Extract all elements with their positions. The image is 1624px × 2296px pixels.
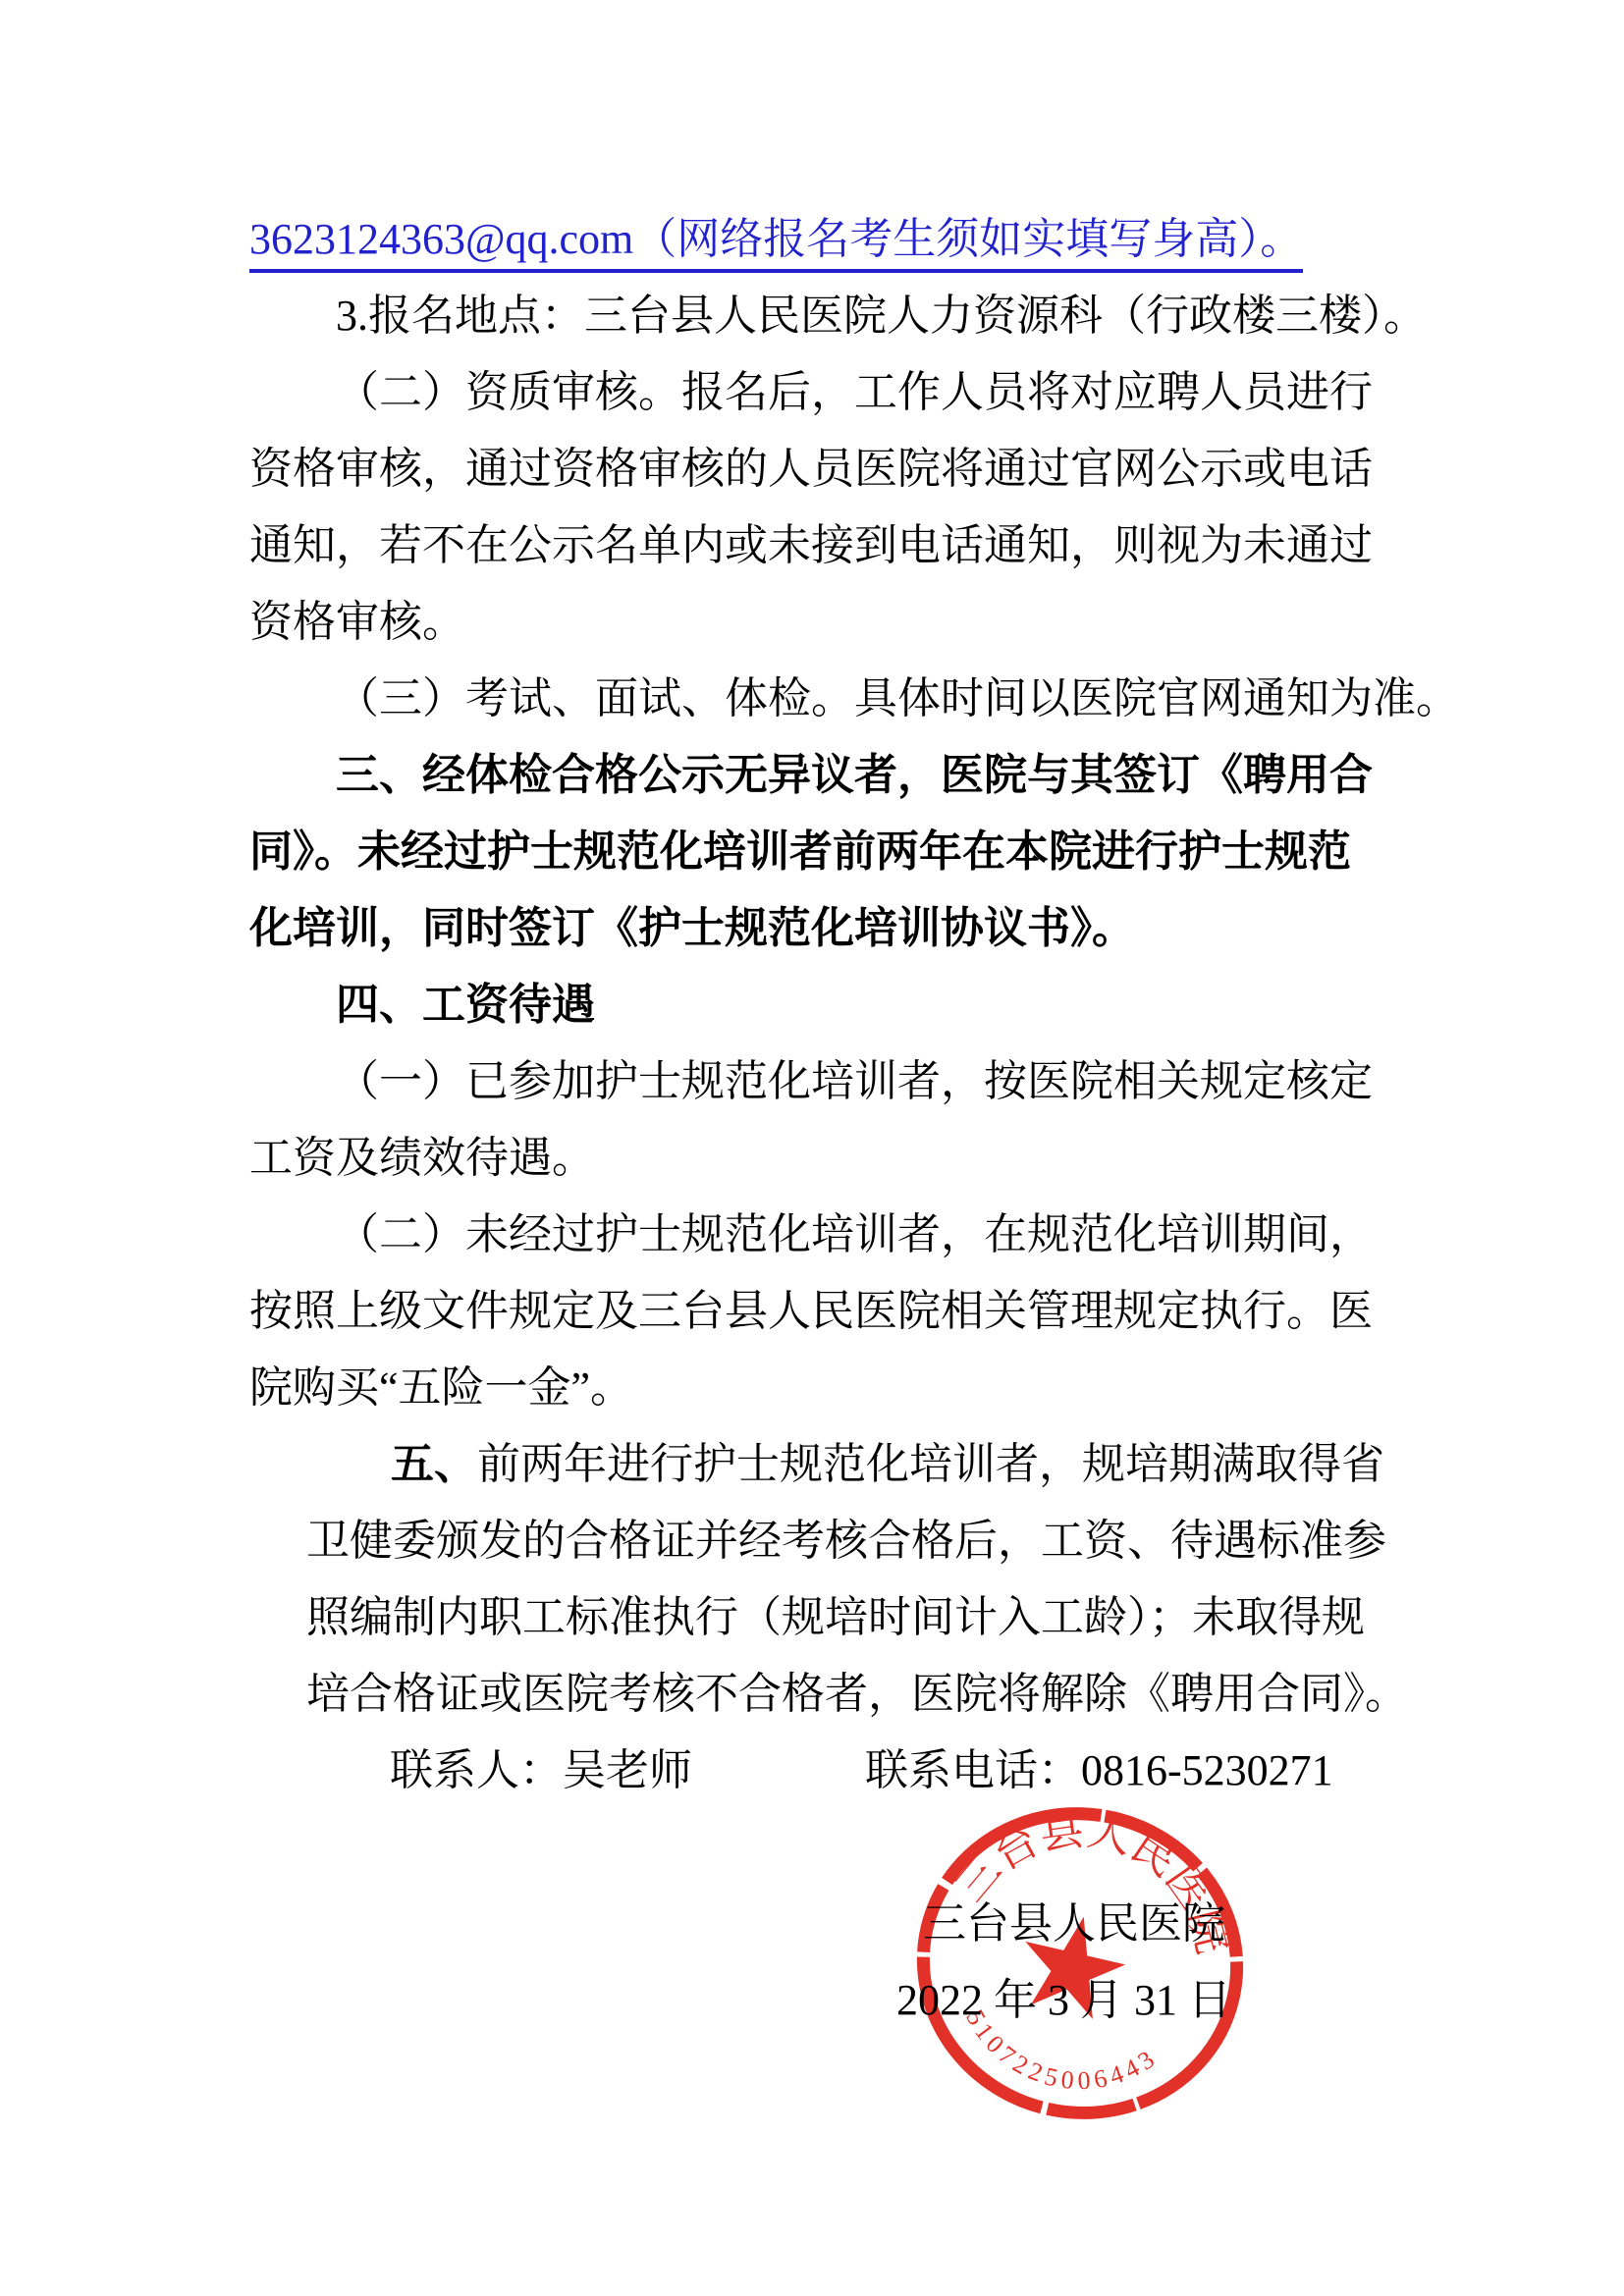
blank-line [249,1809,1379,1886]
text-line: 资格审核，通过资格审核的人员医院将通过官网公示或电话 [249,431,1379,507]
text-line-qualification-review-head: （二）资质审核。报名后，工作人员将对应聘人员进行 [249,354,1379,431]
text-line: 院购买“五险一金”。 [249,1350,1379,1426]
text-line-section3-head: 三、经体检合格公示无异议者，医院与其签订《聘用合 [249,737,1379,814]
signature-org: 三台县人民医院 [923,1886,1379,1962]
text-line: （二）未经过护士规范化培训者，在规范化培训期间， [249,1197,1379,1273]
document-body: 3623124363@qq.com（网络报名考生须如实填写身高）。 3.报名地点… [249,201,1379,2039]
signature-date: 2022 年 3 月 31 日 [896,1962,1379,2039]
text-line: 卫健委颁发的合格证并经考核合格后，工资、待遇标准参 [306,1503,1379,1579]
text-line-section4-head: 四、工资待遇 [249,967,1379,1043]
link-line: 3623124363@qq.com（网络报名考生须如实填写身高）。 [249,201,1379,278]
text-line: 同》。未经过护士规范化培训者前两年在本院进行护士规范 [249,814,1379,890]
text-line: 培合格证或医院考核不合格者，医院将解除《聘用合同》。 [306,1656,1379,1733]
text-line: 照编制内职工标准执行（规培时间计入工龄）；未取得规 [306,1579,1379,1656]
section5-first-text: 前两年进行护士规范化培训者，规培期满取得省 [477,1440,1384,1488]
contact-line: 联系人：吴老师联系电话：0816-5230271 [390,1733,1379,1809]
text-line-section5-head: 五、前两年进行护士规范化培训者，规培期满取得省 [306,1426,1379,1503]
section5-marker: 五、 [391,1440,477,1488]
text-line: 化培训，同时签订《护士规范化培训协议书》。 [249,890,1379,967]
text-line: 通知，若不在公示名单内或未接到电话通知，则视为未通过 [249,507,1379,584]
document-page: 3623124363@qq.com（网络报名考生须如实填写身高）。 3.报名地点… [0,0,1624,2296]
email-link[interactable]: 3623124363@qq.com（网络报名考生须如实填写身高）。 [249,215,1303,273]
text-line: （一）已参加护士规范化培训者，按医院相关规定核定 [249,1043,1379,1120]
contact-phone-label: 联系电话： [865,1746,1081,1794]
text-line: 工资及绩效待遇。 [249,1120,1379,1197]
text-line: 资格审核。 [249,584,1379,661]
contact-person-name: 吴老师 [563,1746,692,1794]
text-line-signup-location: 3.报名地点：三台县人民医院人力资源科（行政楼三楼）。 [249,278,1379,354]
text-line: 按照上级文件规定及三台县人民医院相关管理规定执行。医 [249,1273,1379,1350]
contact-person-label: 联系人： [390,1746,563,1794]
contact-phone-number: 0816-5230271 [1081,1746,1333,1794]
text-line-exam-notice: （三）考试、面试、体检。具体时间以医院官网通知为准。 [249,661,1379,737]
